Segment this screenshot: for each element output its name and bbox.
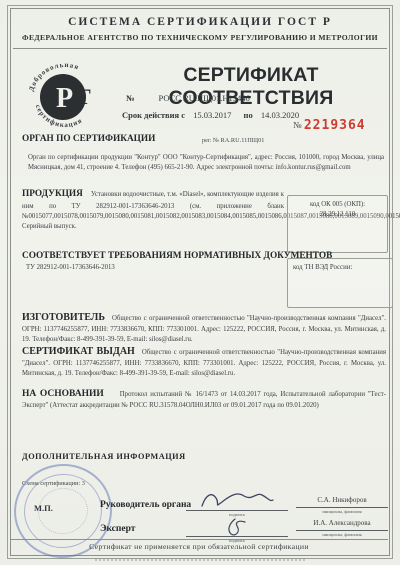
microprint-line [95, 558, 305, 561]
certificate-number-label: № [126, 93, 135, 103]
logo-letter-r: Р [56, 83, 73, 114]
head-signature-line [186, 510, 288, 511]
head-name-line [296, 507, 388, 508]
conforms-standard: ТУ 282912-001-17363646-2013 [26, 264, 115, 271]
certificate-page: СИСТЕМА СЕРТИФИКАЦИИ ГОСТ Р ФЕДЕРАЛЬНОЕ … [0, 0, 400, 565]
tnved-code-label: код ТН ВЭД России: [293, 263, 392, 273]
additional-info-label: ДОПОЛНИТЕЛЬНАЯ ИНФОРМАЦИЯ [22, 452, 186, 461]
conforms-label: СООТВЕТСТВУЕТ ТРЕБОВАНИЯМ НОРМАТИВНЫХ ДО… [22, 251, 332, 261]
logo-letter-t: Т [76, 84, 91, 109]
stamp-place-label: М.П. [34, 503, 53, 513]
blank-serial-label: № [293, 120, 302, 130]
manufacturer-section: ИЗГОТОВИТЕЛЬОбщество с ограниченной отве… [22, 310, 386, 345]
certification-body-label: ОРГАН ПО СЕРТИФИКАЦИИ [22, 134, 155, 144]
document-title: СЕРТИФИКАТ СООТВЕТСТВИЯ [112, 64, 390, 110]
product-section: ПРОДУКЦИЯУстановки водоочистные, т.м. «D… [22, 188, 284, 233]
header-divider [13, 48, 387, 49]
okp-code-label: код ОК 005 (ОКП): [288, 200, 387, 210]
certification-body-reg-number: рег. № RA.RU.11ПЩ01 [202, 137, 264, 144]
validity-to-label: по [244, 110, 253, 120]
head-of-body-label: Руководитель органа [100, 500, 191, 510]
head-name: С.А. Никифоров [296, 496, 388, 504]
head-signature [198, 488, 276, 512]
validity-label: Срок действия с [122, 110, 185, 120]
tnved-code-box: код ТН ВЭД России: [287, 258, 393, 308]
expert-name-line [296, 530, 388, 531]
certificate-number-value: РОСС RU.ПЩ01.Н13446 [159, 93, 250, 103]
expert-signature-line [186, 536, 288, 537]
expert-name-caption: инициалы, фамилия [296, 532, 388, 537]
certification-body-details: Орган по сертификации продукции "Контур"… [28, 153, 384, 173]
certificate-number-row: №РОСС RU.ПЩ01.Н13446 [126, 93, 250, 103]
basis-section: НА ОСНОВАНИИПротокол испытаний № 16/1473… [22, 387, 386, 411]
okp-code-box: код ОК 005 (ОКП): 28.29.12.110 [287, 195, 388, 253]
expert-signature [215, 516, 255, 538]
valid-from-date: 15.03.2017 [193, 110, 231, 120]
agency-title: ФЕДЕРАЛЬНОЕ АГЕНТСТВО ПО ТЕХНИЧЕСКОМУ РЕ… [0, 33, 400, 42]
validity-row: Срок действия с 15.03.2017 по 14.03.2020 [122, 110, 309, 120]
basis-label: НА ОСНОВАНИИ [22, 389, 104, 399]
blank-serial-row: № 2219364 [293, 118, 366, 133]
rst-quality-mark-icon: Добровольная Р Т сертификация [20, 56, 110, 136]
manufacturer-label: ИЗГОТОВИТЕЛЬ [22, 312, 105, 323]
blank-serial-number: 2219364 [304, 118, 366, 133]
product-label: ПРОДУКЦИЯ [22, 189, 83, 199]
expert-label: Эксперт [100, 524, 135, 534]
system-title: СИСТЕМА СЕРТИФИКАЦИИ ГОСТ Р [0, 16, 400, 28]
issued-to-section: СЕРТИФИКАТ ВЫДАНОбщество с ограниченной … [22, 344, 386, 379]
okp-code-value: 28.29.12.110 [288, 210, 387, 220]
issued-to-label: СЕРТИФИКАТ ВЫДАН [22, 346, 135, 357]
head-name-caption: инициалы, фамилия [296, 509, 388, 514]
disclaimer-band: Сертификат не применяется при обязательн… [10, 539, 388, 557]
expert-name: И.А. Александрова [296, 519, 388, 527]
